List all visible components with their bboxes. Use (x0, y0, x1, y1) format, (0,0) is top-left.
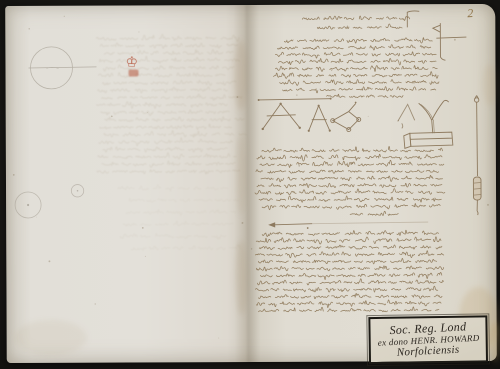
fork-stand-diagram (404, 100, 453, 148)
show-through-text (96, 34, 246, 175)
show-through-text-lower (118, 184, 240, 250)
trestle-diagrams (257, 11, 481, 230)
heading-bracket (407, 11, 419, 27)
cartouche-line-3: Norfolciensis (397, 344, 460, 359)
crown-stamp-base (129, 69, 139, 76)
manuscript-spread: 2 ♔ Soc. Reg. Lond ex dono HENR. HOWARD … (5, 4, 497, 363)
crown-stamp-icon: ♔ (125, 55, 138, 69)
compass-circle-sketch (28, 47, 96, 89)
photographed-manuscript: 2 ♔ Soc. Reg. Lond ex dono HENR. HOWARD … (0, 0, 500, 369)
ink-artwork-layer (0, 0, 500, 369)
narrow-a-frame (308, 105, 331, 132)
paper-specks (12, 14, 489, 339)
divider-arrow (268, 222, 428, 230)
pole-diagram (433, 23, 467, 60)
royal-society-cartouche: Soc. Reg. Lond ex dono HENR. HOWARD Norf… (368, 315, 488, 364)
small-circle-sketches (15, 185, 84, 218)
diamond-linkage (331, 102, 361, 132)
plumb-line-diagram (473, 95, 481, 215)
folio-number: 2 (460, 5, 481, 21)
a-frame-triangle (261, 103, 301, 131)
partial-frame (398, 104, 415, 128)
measuring-line (258, 98, 332, 101)
mirror-writing-text (254, 16, 445, 313)
